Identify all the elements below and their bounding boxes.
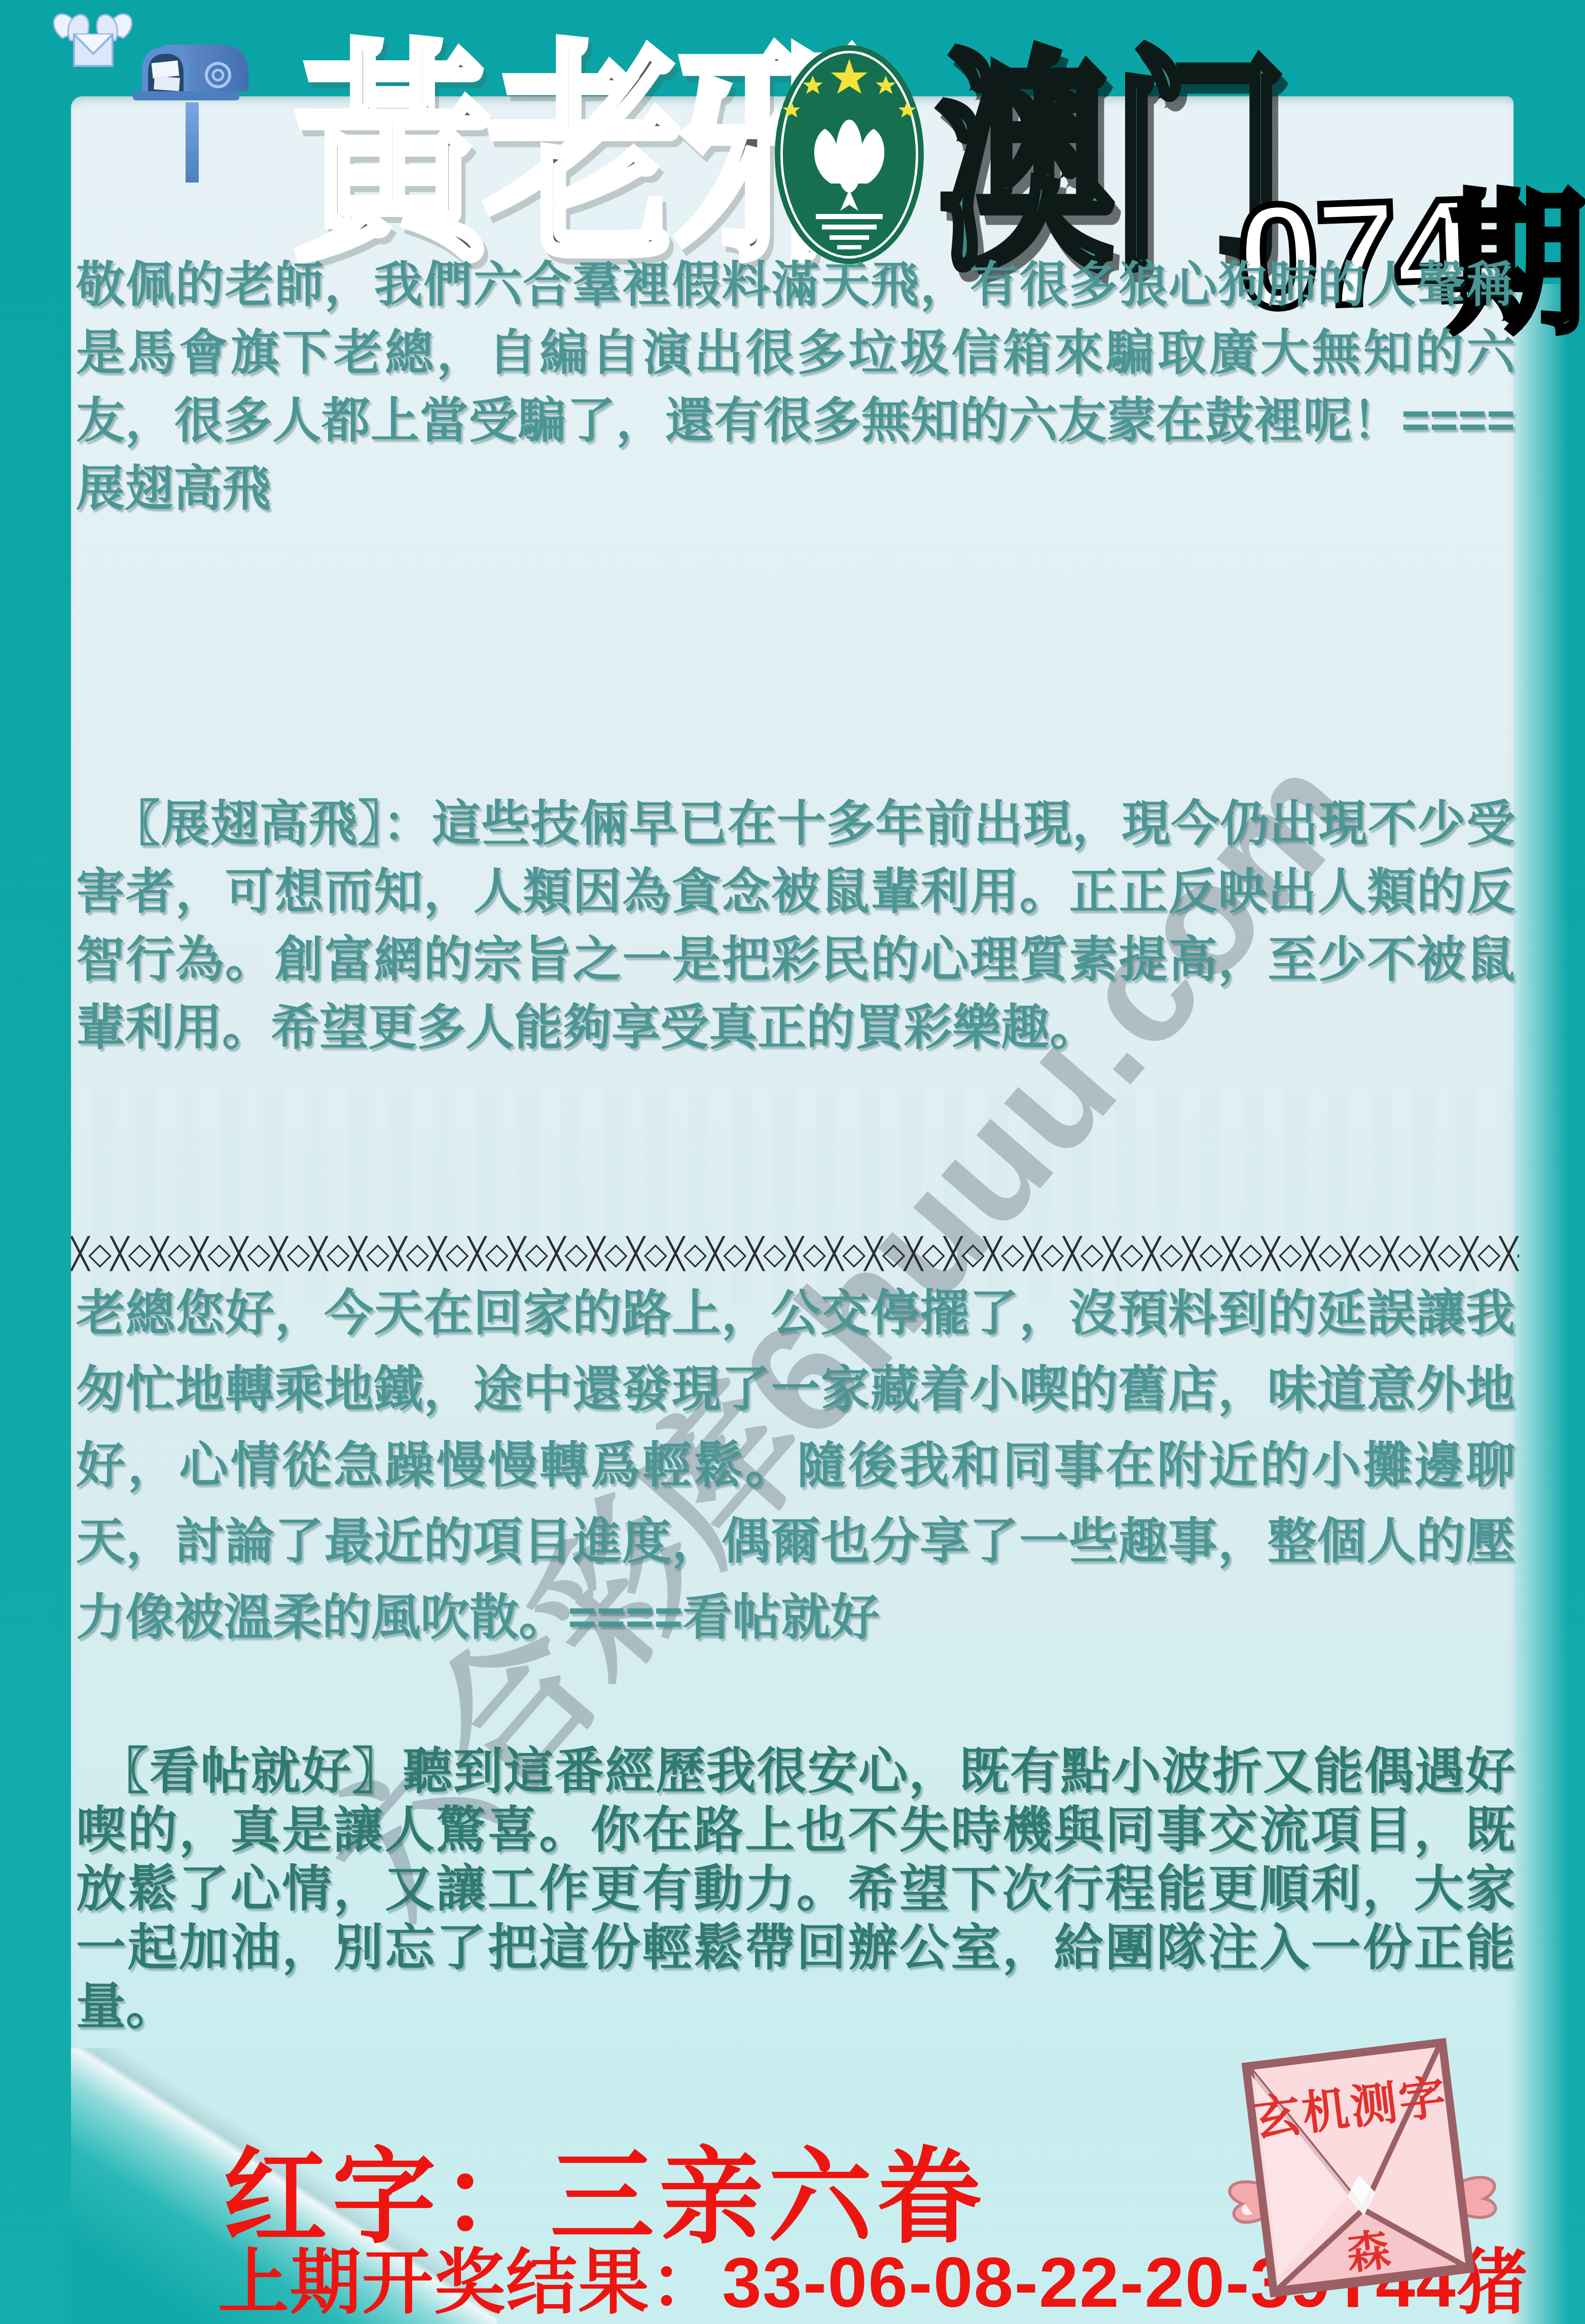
chain-divider: ╳◇╳◇╳◇╳◇╳◇╳◇╳◇╳◇╳◇╳◇╳◇╳◇╳◇╳◇╳◇╳◇╳◇╳◇╳◇╳◇… <box>71 1236 1519 1272</box>
pink-winged-envelope-icon: 玄机测字 森 <box>1197 2025 1526 2323</box>
reply-paragraph-1: 〖展翅高飛〗：這些技倆早已在十多年前出現，現今仍出現不少受害者，可想而知，人類因… <box>76 790 1515 1062</box>
lottery-poster-page: 黃老邪 澳门 074 期 六合彩库6huuu.com 敬佩的老師，我們六合羣裡假… <box>0 0 1585 2324</box>
letter-paragraph-2: 老總您好，今天在回家的路上，公交停擺了，沒預料到的延誤讓我匆忙地轉乘地鐵，途中還… <box>76 1275 1515 1655</box>
macau-lotus-logo <box>773 43 925 266</box>
mailbox-icon <box>131 26 253 184</box>
region-title: 澳门 <box>937 48 1284 284</box>
reply-paragraph-2: 〖看帖就好〗聽到這番經歷我很安心，既有點小波折又能偶遇好喫的，真是讓人驚喜。你在… <box>76 1741 1515 2036</box>
right-edge-sheen <box>1514 284 1574 2324</box>
winged-envelope-icon <box>50 10 136 74</box>
letter-paragraph-1: 敬佩的老師，我們六合羣裡假料滿天飛，有很多狼心狗肺的人聲稱是馬會旗下老總，自編自… <box>76 251 1515 523</box>
